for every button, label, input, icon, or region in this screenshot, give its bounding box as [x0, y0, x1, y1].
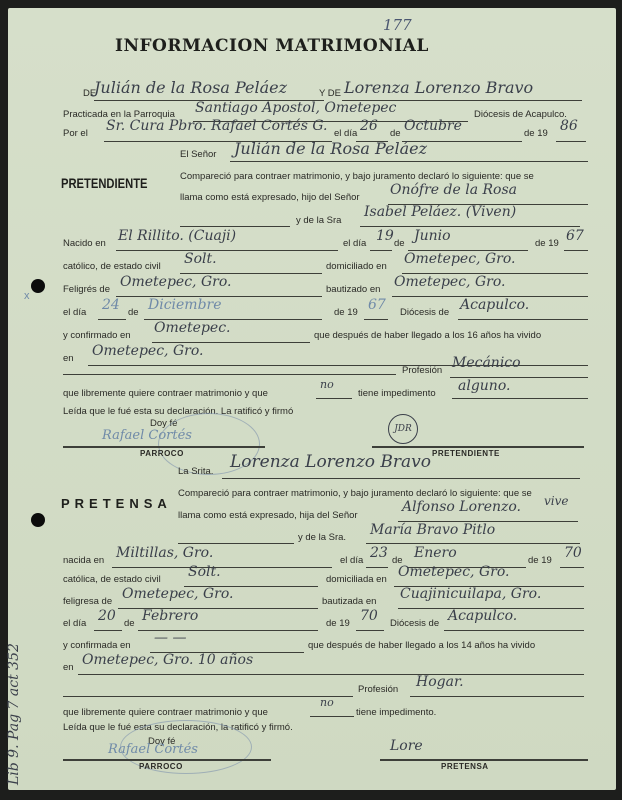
pretensa-baptism-month-field[interactable]: Febrero [142, 608, 198, 624]
de-label: de [394, 238, 405, 249]
pretendiente-signature: JDR [388, 414, 418, 444]
nacida-label: nacida en [63, 555, 104, 566]
baptism-year-field[interactable]: 67 [368, 297, 386, 313]
confirmed-in-field[interactable]: Ometepec. [154, 320, 231, 336]
nacido-label: Nacido en [63, 238, 106, 249]
year-field[interactable]: 86 [560, 118, 578, 134]
comparecio-text-2: Compareció para contraer matrimonio, y b… [178, 488, 532, 499]
pretensa-confirmed-in-field[interactable]: — — [154, 630, 186, 646]
llama-text: llama como está expresado, hijo del Seño… [180, 192, 360, 203]
de-label-2: de [390, 128, 401, 139]
llama-text-2: llama como está expresado, hija del Seño… [178, 510, 358, 521]
pretensa-section-label: PRETENSA [61, 496, 172, 511]
pretensa-mother-field[interactable]: María Bravo Pitlo [370, 522, 495, 538]
impedimento-value-field[interactable]: alguno. [458, 378, 510, 394]
srita-label: La Srita. [178, 466, 213, 477]
margin-annotation: Lib 9. Pag 7 act 352 [6, 643, 22, 785]
el-dia-label: el día [343, 238, 366, 249]
day-field[interactable]: 26 [360, 118, 378, 134]
diocesis-field[interactable]: Acapulco. [460, 297, 529, 313]
pretensa-signature: Lore [390, 738, 423, 754]
parroco-label-2: PARROCO [139, 762, 183, 771]
pretensa-domicile-field[interactable]: Ometepec, Gro. [398, 564, 509, 580]
profesion-label: Profesión [402, 365, 442, 376]
el-dia-label-2: el día [63, 307, 86, 318]
domiciliada-label: domiciliada en [326, 574, 387, 585]
parroquia-field[interactable]: Santiago Apostol, Ometepec [195, 100, 396, 116]
pretensa-birth-day-field[interactable]: 23 [370, 545, 388, 561]
baptized-in-field[interactable]: Ometepec, Gro. [394, 274, 505, 290]
y-de-la-sra-label-2: y de la Sra. [298, 532, 346, 543]
por-el-label: Por el [63, 128, 88, 139]
tiene-impedimento-label: tiene impedimento [358, 388, 436, 399]
pretensa-birthplace-field[interactable]: Miltillas, Gro. [116, 545, 213, 561]
mother-field[interactable]: Isabel Peláez. (Viven) [364, 204, 516, 220]
birth-day-field[interactable]: 19 [376, 228, 394, 244]
pretendiente-name-field[interactable]: Julián de la Rosa Peláez [234, 139, 427, 158]
parroco-signature: Rafael Cortés [102, 428, 192, 443]
pretensa-sig-label: PRETENSA [441, 762, 489, 771]
pretensa-diocesis-field[interactable]: Acapulco. [448, 608, 517, 624]
de-label-5: de [124, 618, 135, 629]
birth-month-field[interactable]: Junio [414, 228, 451, 244]
de-19-label: de 19 [535, 238, 559, 249]
diocesis-label: Diócesis de [400, 307, 449, 318]
pretensa-profession-field[interactable]: Hogar. [416, 674, 464, 690]
pretensa-baptized-in-field[interactable]: Cuajinicuilapa, Gro. [400, 586, 541, 602]
bautizada-label: bautizada en [322, 596, 376, 607]
bride-name-field[interactable]: Lorenza Lorenzo Bravo [344, 78, 533, 97]
impedimento-neg-field[interactable]: no [320, 378, 334, 391]
confirmado-label: y confirmado en [63, 330, 131, 341]
pretensa-lived-in-field[interactable]: Ometepec, Gro. 10 años [82, 652, 253, 668]
en-label: en [63, 353, 74, 364]
libremente-text-2: que libremente quiere contraer matrimoni… [63, 707, 268, 718]
pretensa-impedimento-neg-field[interactable]: no [320, 696, 334, 709]
pretensa-birth-month-field[interactable]: Enero [414, 545, 457, 561]
leida-text: Leída que le fué esta su declaración. La… [63, 406, 293, 417]
pretensa-civil-status-field[interactable]: Solt. [188, 564, 221, 580]
en-label-2: en [63, 662, 74, 673]
birth-year-field[interactable]: 67 [566, 228, 584, 244]
pretensa-baptism-day-field[interactable]: 20 [98, 608, 116, 624]
parroco-label: PARROCO [140, 449, 184, 458]
despues-text: que después de haber llegado a los 16 añ… [314, 330, 541, 341]
parroco-signature-2: Rafael Cortés [108, 742, 198, 757]
pretensa-birth-year-field[interactable]: 70 [564, 545, 582, 561]
feligres-label: Feligrés de [63, 284, 110, 295]
el-dia-label-4: el día [63, 618, 86, 629]
pretendiente-sig-label: PRETENDIENTE [432, 449, 500, 458]
father-note: vive [544, 494, 569, 508]
pretensa-baptism-year-field[interactable]: 70 [360, 608, 378, 624]
page-number: 177 [383, 16, 412, 34]
domicile-field[interactable]: Ometepec, Gro. [404, 251, 515, 267]
de-19-label-2: de 19 [334, 307, 358, 318]
domiciliado-label: domiciliado en [326, 261, 387, 272]
bautizado-label: bautizado en [326, 284, 380, 295]
month-field[interactable]: Octubre [404, 118, 462, 134]
de-19-label-3: de 19 [528, 555, 552, 566]
confirmada-label: y confirmada en [63, 640, 131, 651]
el-dia-label: el día [334, 128, 357, 139]
pretendiente-section-label: PRETENDIENTE [61, 175, 148, 191]
feligresa-field[interactable]: Ometepec, Gro. [122, 586, 233, 602]
profession-field[interactable]: Mecánico [452, 355, 521, 371]
punch-hole-top [31, 279, 45, 293]
feligresa-label: feligresa de [63, 596, 112, 607]
libremente-text: que libremente quiere contraer matrimoni… [63, 388, 268, 399]
marriage-information-form: 177 INFORMACION MATRIMONIAL DE Julián de… [8, 8, 616, 790]
lived-in-field[interactable]: Ometepec, Gro. [92, 343, 203, 359]
side-mark: x [24, 290, 30, 302]
feligres-field[interactable]: Ometepec, Gro. [120, 274, 231, 290]
diocesis-label-2: Diócesis de [390, 618, 439, 629]
baptism-day-field[interactable]: 24 [102, 297, 120, 313]
diocesis-acapulco-label: Diócesis de Acapulco. [474, 109, 567, 120]
pretensa-father-field[interactable]: Alfonso Lorenzo. [402, 499, 521, 515]
birthplace-field[interactable]: El Rillito. (Cuaji) [118, 228, 236, 244]
groom-name-field[interactable]: Julián de la Rosa Peláez [94, 78, 287, 97]
tiene-impedimento-label-2: tiene impedimento. [356, 707, 436, 718]
y-de-label: Y DE [319, 88, 341, 99]
profesion-label-2: Profesión [358, 684, 398, 695]
officiant-field[interactable]: Sr. Cura Pbro. Rafael Cortés G. [106, 118, 327, 134]
civil-status-field[interactable]: Solt. [184, 251, 217, 267]
father-field[interactable]: Onófre de la Rosa [390, 182, 517, 198]
el-dia-label-3: el día [340, 555, 363, 566]
de-19-label-4: de 19 [326, 618, 350, 629]
catolica-label: católica, de estado civil [63, 574, 161, 585]
baptism-month-field[interactable]: Diciembre [148, 297, 222, 313]
comparecio-text: Compareció para contraer matrimonio, y b… [180, 171, 534, 182]
catolico-label: católico, de estado civil [63, 261, 161, 272]
pretensa-name-field[interactable]: Lorenza Lorenzo Bravo [230, 452, 431, 472]
de-label-3: de [128, 307, 139, 318]
page-title: INFORMACION MATRIMONIAL [115, 36, 429, 56]
de-19-label: de 19 [524, 128, 548, 139]
punch-hole-bottom [31, 513, 45, 527]
senor-label: El Señor [180, 149, 216, 160]
despues-text-2: que después de haber llegado a los 14 añ… [308, 640, 535, 651]
y-de-la-sra-label: y de la Sra [296, 215, 341, 226]
